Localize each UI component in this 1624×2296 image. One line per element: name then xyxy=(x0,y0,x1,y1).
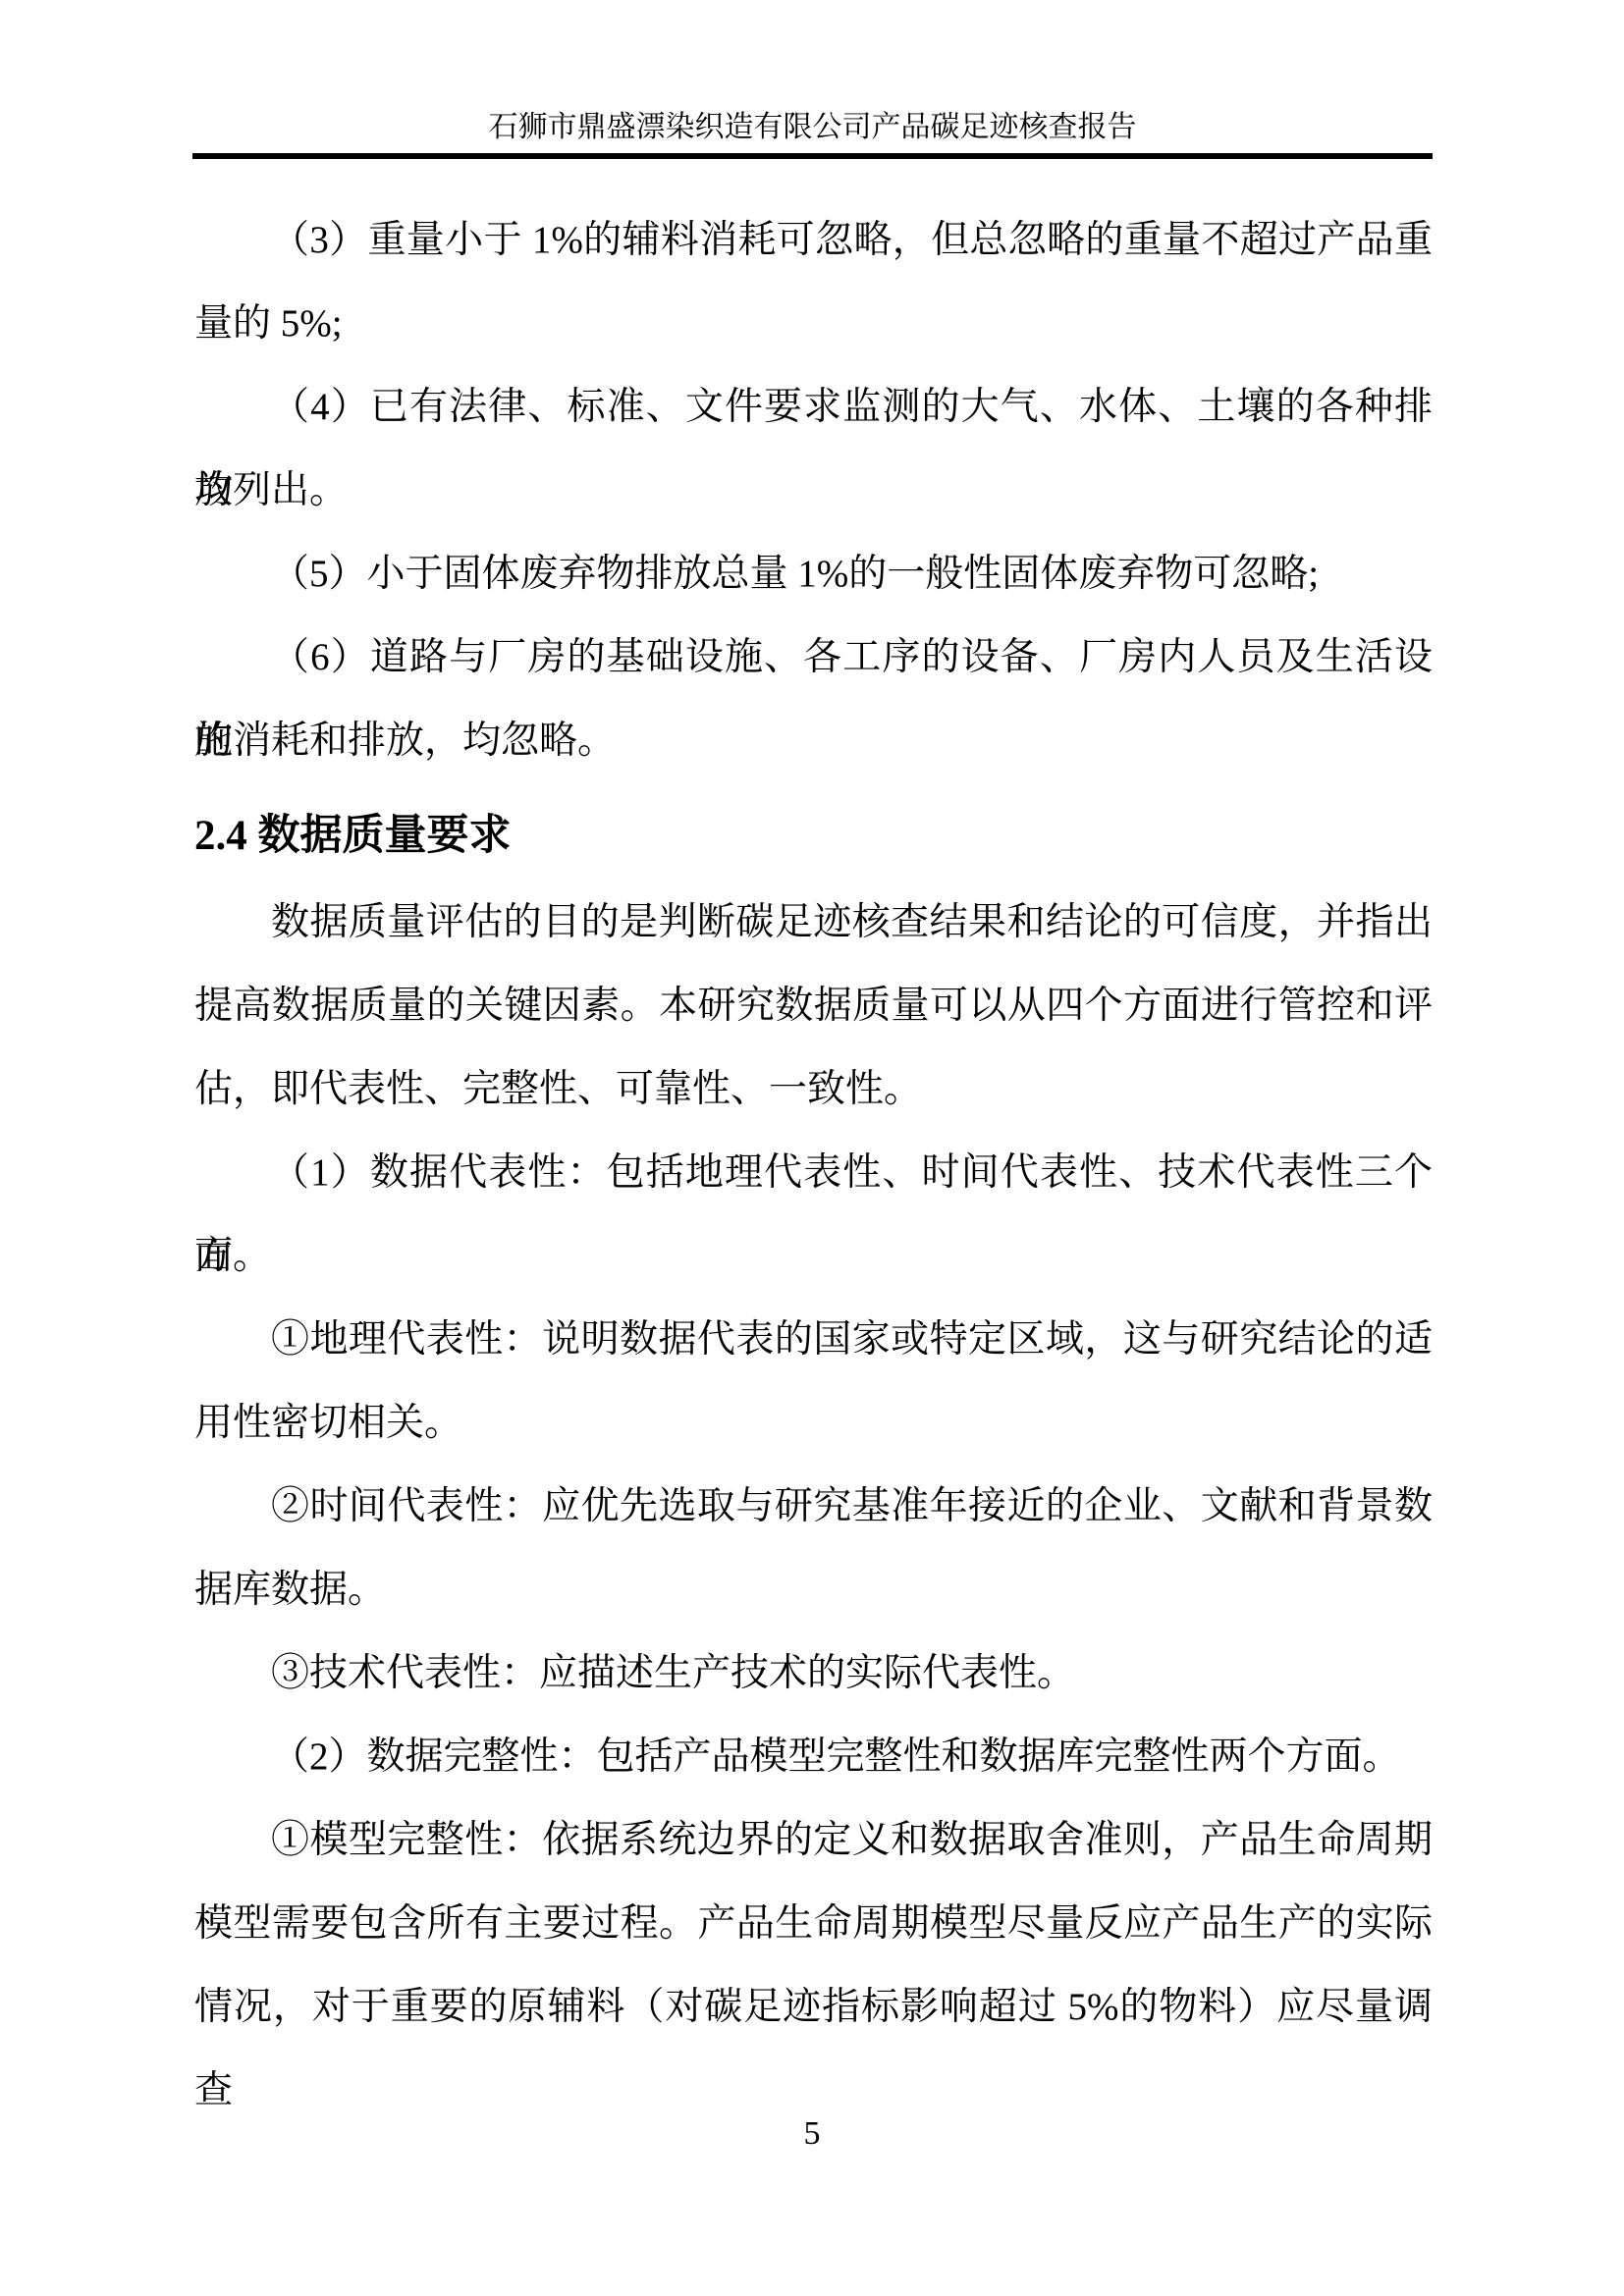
text-line: 提高数据质量的关键因素。本研究数据质量可以从四个方面进行管控和评 xyxy=(194,964,1433,1047)
page-header: 石狮市鼎盛漂染织造有限公司产品碳足迹核查报告 xyxy=(192,0,1433,159)
paragraph: （6）道路与厂房的基础设施、各工序的设备、厂房内人员及生活设施的消耗和排放，均忽… xyxy=(194,615,1433,782)
page-header-title: 石狮市鼎盛漂染织造有限公司产品碳足迹核查报告 xyxy=(489,111,1137,143)
text-line: 用性密切相关。 xyxy=(194,1381,1433,1465)
text-line: （4）已有法律、标准、文件要求监测的大气、水体、土壤的各种排放 xyxy=(194,365,1433,449)
paragraph: ①地理代表性：说明数据代表的国家或特定区域，这与研究结论的适用性密切相关。 xyxy=(194,1298,1433,1465)
text-line: 模型需要包含所有主要过程。产品生命周期模型尽量反应产品生产的实际 xyxy=(194,1882,1433,1965)
paragraph: ②时间代表性：应优先选取与研究基准年接近的企业、文献和背景数据库数据。 xyxy=(194,1465,1433,1631)
paragraph: 数据质量评估的目的是判断碳足迹核查结果和结论的可信度，并指出提高数据质量的关键因… xyxy=(194,881,1433,1131)
page-number: 5 xyxy=(804,2115,821,2152)
text-line: （3）重量小于 1%的辅料消耗可忽略，但总忽略的重量不超过产品重 xyxy=(194,198,1433,282)
text-line: 均列出。 xyxy=(194,449,1433,532)
heading-line: 2.4 数据质量要求 xyxy=(194,794,1433,878)
document-body: （3）重量小于 1%的辅料消耗可忽略，但总忽略的重量不超过产品重量的 5%;（4… xyxy=(194,198,1433,2049)
text-line: ③技术代表性：应描述生产技术的实际代表性。 xyxy=(194,1631,1433,1715)
paragraph: （5）小于固体废弃物排放总量 1%的一般性固体废弃物可忽略; xyxy=(194,532,1433,615)
paragraph: ①模型完整性：依据系统边界的定义和数据取舍准则，产品生命周期模型需要包含所有主要… xyxy=(194,1798,1433,2049)
paragraph: ③技术代表性：应描述生产技术的实际代表性。 xyxy=(194,1631,1433,1715)
section-heading: 2.4 数据质量要求 xyxy=(194,794,1433,878)
paragraph: （1）数据代表性：包括地理代表性、时间代表性、技术代表性三个方面。 xyxy=(194,1131,1433,1298)
text-line: （6）道路与厂房的基础设施、各工序的设备、厂房内人员及生活设施 xyxy=(194,615,1433,699)
text-line: 面。 xyxy=(194,1214,1433,1298)
paragraph: （2）数据完整性：包括产品模型完整性和数据库完整性两个方面。 xyxy=(194,1715,1433,1798)
text-line: 的消耗和排放，均忽略。 xyxy=(194,699,1433,782)
paragraph: （4）已有法律、标准、文件要求监测的大气、水体、土壤的各种排放均列出。 xyxy=(194,365,1433,532)
document-page: 石狮市鼎盛漂染织造有限公司产品碳足迹核查报告 （3）重量小于 1%的辅料消耗可忽… xyxy=(0,0,1624,2296)
text-line: 量的 5%; xyxy=(194,282,1433,365)
text-line: 情况，对于重要的原辅料（对碳足迹指标影响超过 5%的物料）应尽量调查 xyxy=(194,1965,1433,2049)
text-line: ①模型完整性：依据系统边界的定义和数据取舍准则，产品生命周期 xyxy=(194,1798,1433,1882)
text-line: 估，即代表性、完整性、可靠性、一致性。 xyxy=(194,1047,1433,1131)
text-line: （1）数据代表性：包括地理代表性、时间代表性、技术代表性三个方 xyxy=(194,1131,1433,1214)
text-line: 据库数据。 xyxy=(194,1548,1433,1631)
text-line: （2）数据完整性：包括产品模型完整性和数据库完整性两个方面。 xyxy=(194,1715,1433,1798)
text-line: ①地理代表性：说明数据代表的国家或特定区域，这与研究结论的适 xyxy=(194,1298,1433,1381)
page-footer: 5 xyxy=(0,2112,1624,2156)
text-line: 数据质量评估的目的是判断碳足迹核查结果和结论的可信度，并指出 xyxy=(194,881,1433,964)
paragraph: （3）重量小于 1%的辅料消耗可忽略，但总忽略的重量不超过产品重量的 5%; xyxy=(194,198,1433,365)
text-line: ②时间代表性：应优先选取与研究基准年接近的企业、文献和背景数 xyxy=(194,1465,1433,1548)
text-line: （5）小于固体废弃物排放总量 1%的一般性固体废弃物可忽略; xyxy=(194,532,1433,615)
